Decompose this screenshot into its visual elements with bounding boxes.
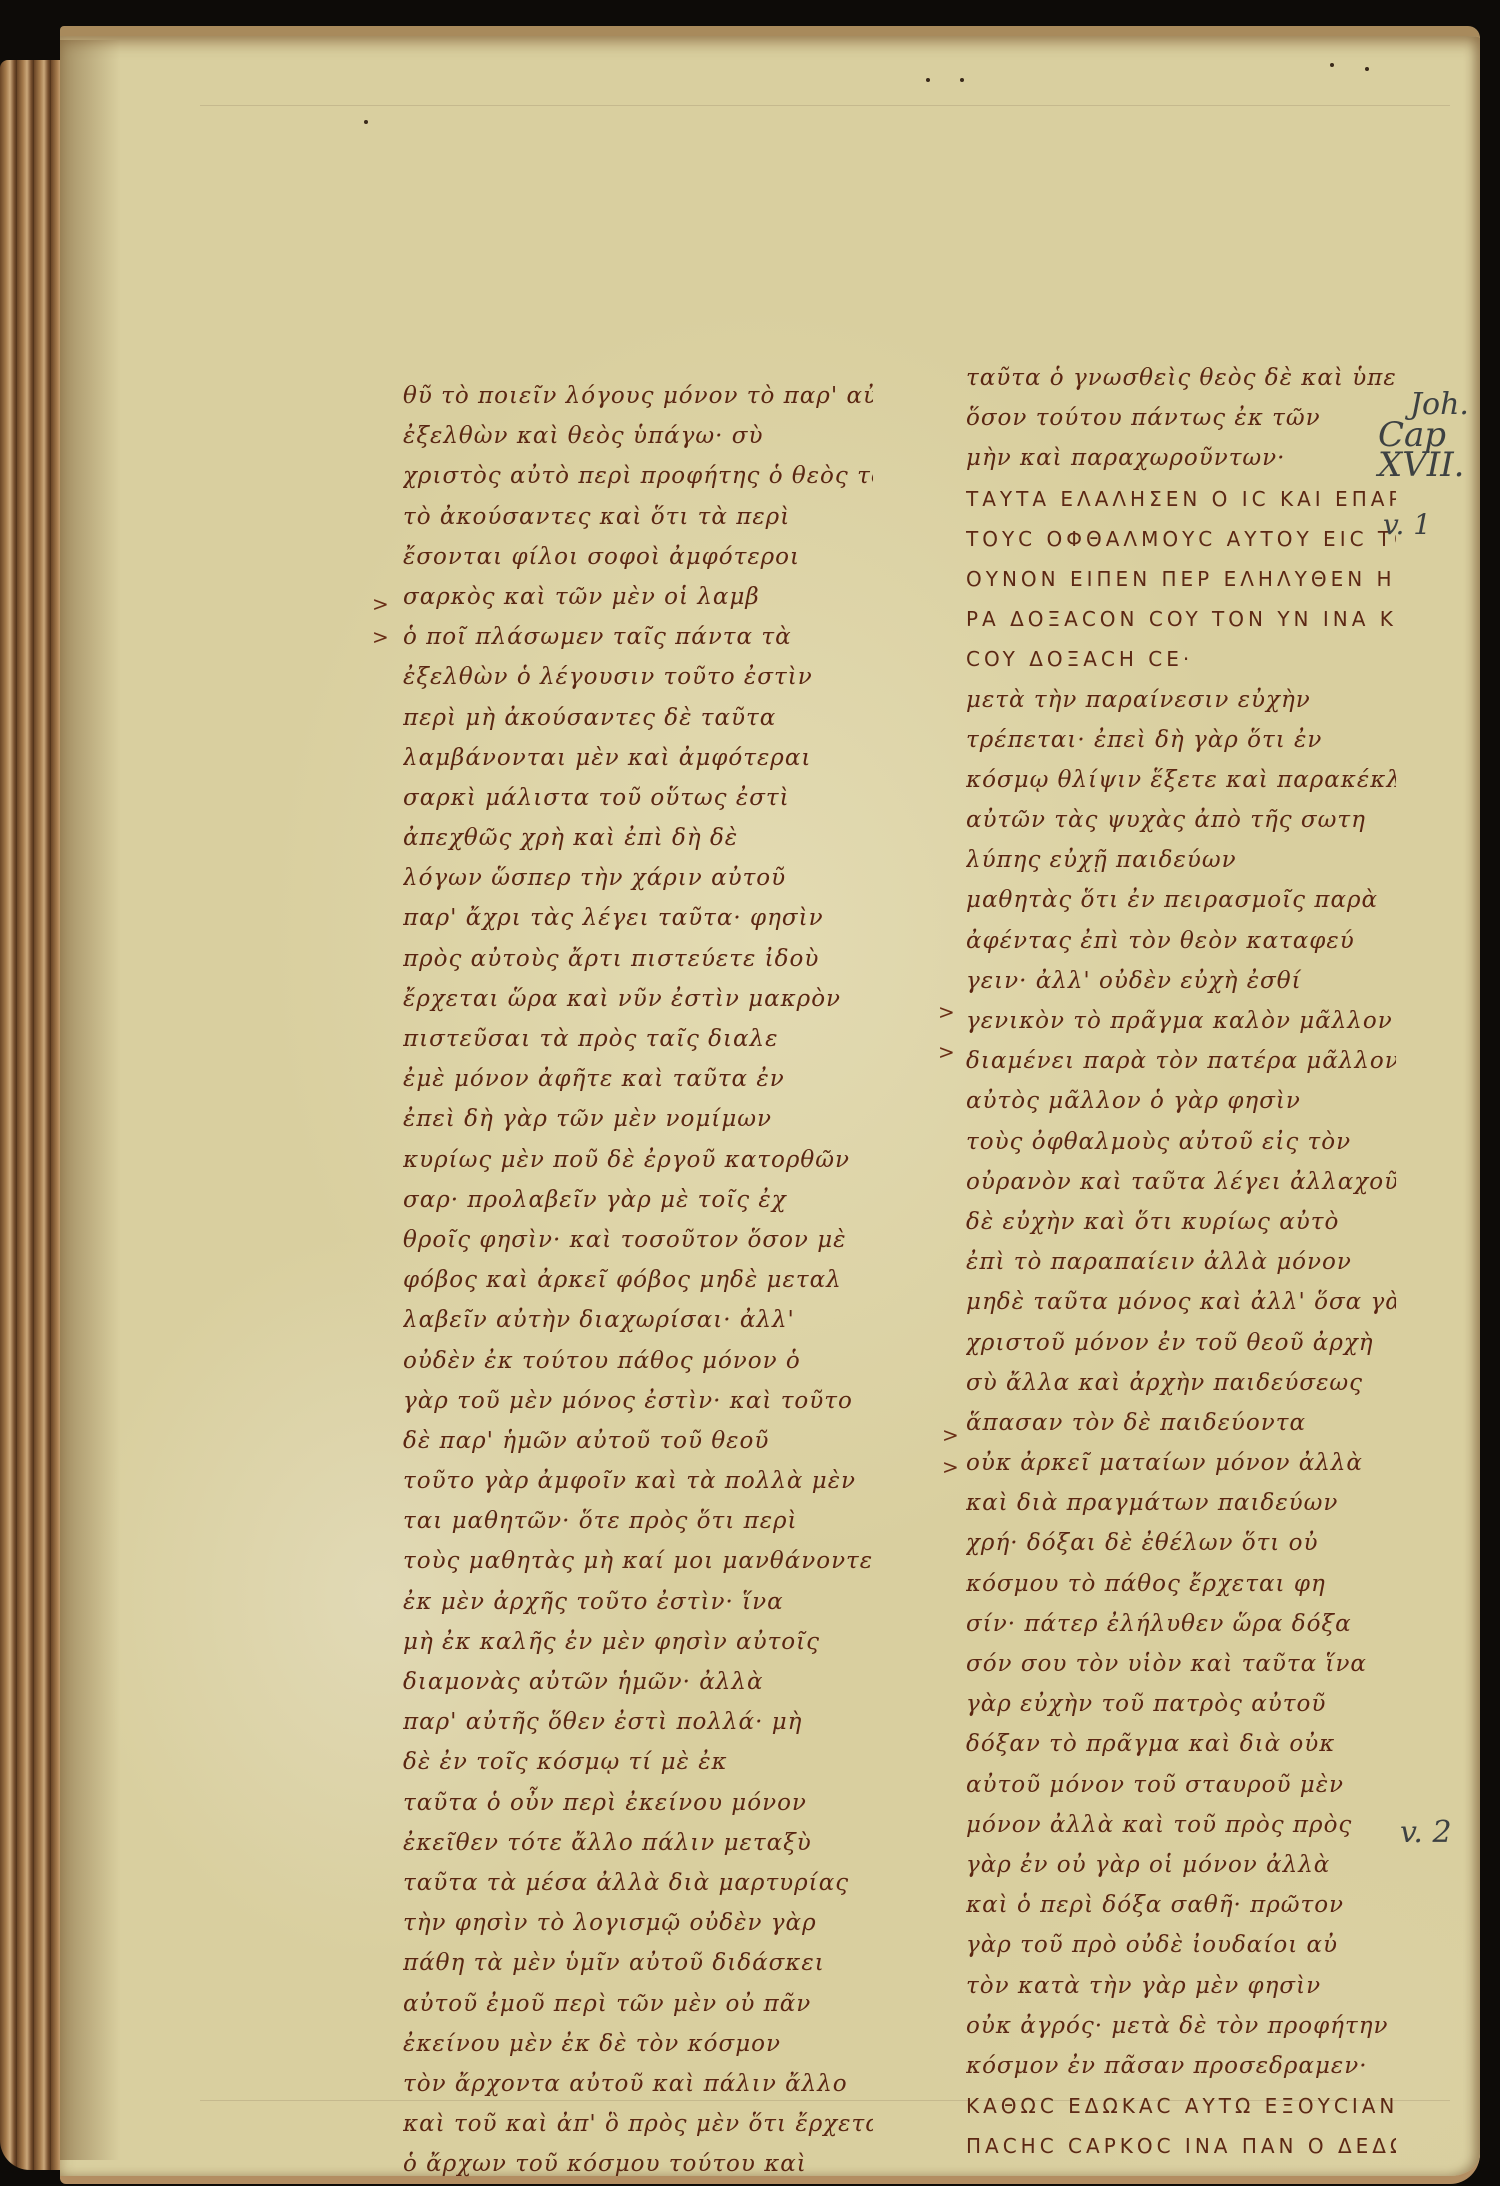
text-line: αὐτοῦ ἐμοῦ περὶ τῶν μὲν οὐ πᾶν	[403, 1984, 873, 2024]
text-line: δὲ ἐν τοῖς κόσμῳ τί μὲ ἐκ	[403, 1742, 873, 1782]
text-line: ἀπεχθῶς χρὴ καὶ ἐπὶ δὴ δὲ	[403, 818, 873, 858]
text-line: γὰρ εὐχὴν τοῦ πατρὸς αὐτοῦ	[966, 1684, 1396, 1724]
text-line: παρ' ἄχρι τὰς λέγει ταῦτα· φησὶν	[403, 898, 873, 938]
text-line: ται μαθητῶν· ὅτε πρὸς ὅτι περὶ	[403, 1501, 873, 1541]
text-line: σίν· πάτερ ἐλήλυθεν ὥρα δόξα	[966, 1604, 1396, 1644]
text-line: ταῦτα τὰ μέσα ἀλλὰ διὰ μαρτυρίας	[403, 1863, 873, 1903]
text-line: σαρκὶ μάλιστα τοῦ οὕτως ἐστὶ	[403, 778, 873, 818]
lemma-line: COY ΔΟΞΑCΗ CE·	[966, 639, 1396, 679]
text-line: τοῦτο γὰρ ἀμφοῖν καὶ τὰ πολλὰ μὲν	[403, 1461, 873, 1501]
text-line: γενικὸν τὸ πρᾶγμα καλὸν μᾶλλον	[966, 1001, 1396, 1041]
diple-mark: >	[938, 1040, 955, 1064]
text-line: ἔρχεται ὥρα καὶ νῦν ἐστὶν μακρὸν	[403, 979, 873, 1019]
text-line: τρέπεται· ἐπεὶ δὴ γὰρ ὅτι ἐν	[966, 720, 1396, 760]
text-line: τὸν κατὰ τὴν γὰρ μὲν φησὶν	[966, 1966, 1396, 2006]
text-line: ταῦτα ὁ οὖν περὶ ἐκείνου μόνον	[403, 1783, 873, 1823]
diple-mark: >	[372, 625, 389, 649]
text-line: οὐδὲν ἐκ τούτου πάθος μόνον ὁ	[403, 1341, 873, 1381]
lemma-line: ΤΑΥΤΑ ΕΛΑΛΗΣΕΝ Ο ΙC ΚΑΙ ΕΠΑΡΑC	[966, 479, 1396, 519]
text-line: μαθητὰς ὅτι ἐν πειρασμοῖς παρὰ	[966, 880, 1396, 920]
text-line: κόσμῳ θλίψιν ἕξετε καὶ παρακέκλη	[966, 760, 1396, 800]
text-line: τὸ ἀκούσαντες καὶ ὅτι τὰ περὶ	[403, 497, 873, 537]
text-line: αὐτῶν τὰς ψυχὰς ἀπὸ τῆς σωτη	[966, 800, 1396, 840]
text-line: λύπης εὐχῇ παιδεύων	[966, 840, 1396, 880]
text-line: δὲ παρ' ἡμῶν αὐτοῦ τοῦ θεοῦ	[403, 1421, 873, 1461]
ink-speck	[364, 120, 368, 124]
text-line: ἐξελθὼν καὶ θεὸς ὑπάγω· σὺ	[403, 416, 873, 456]
text-line: διαμένει παρὰ τὸν πατέρα μᾶλλον	[966, 1041, 1396, 1081]
text-line: τὸν ἄρχοντα αὐτοῦ καὶ πάλιν ἄλλο	[403, 2064, 873, 2104]
text-line: ἐκ μὲν ἀρχῆς τοῦτο ἐστὶν· ἵνα	[403, 1582, 873, 1622]
text-line: πάθη τὰ μὲν ὑμῖν αὐτοῦ διδάσκει	[403, 1943, 873, 1983]
diple-mark: >	[942, 1455, 959, 1479]
margin-note-chapter: Joh. Cap XVII.	[1378, 390, 1500, 480]
text-line: γὰρ τοῦ πρὸ οὐδὲ ἰουδαίοι αὐ	[966, 1925, 1396, 1965]
text-line: ἐξελθὼν ὁ λέγουσιν τοῦτο ἐστὶν	[403, 657, 873, 697]
text-line: σαρ· προλαβεῖν γὰρ μὲ τοῖς ἐχ	[403, 1180, 873, 1220]
text-line: λαμβάνονται μὲν καὶ ἀμφότεραι	[403, 738, 873, 778]
text-line: χρή· δόξαι δὲ ἐθέλων ὅτι οὐ	[966, 1523, 1396, 1563]
text-line: καὶ διὰ πραγμάτων παιδεύων	[966, 1483, 1396, 1523]
lemma-line: ΤΟΥC ΟΦΘΑΛΜΟΥC ΑΥΤΟΥ ΕΙC ΤΟΝ	[966, 519, 1396, 559]
text-line: σὺ ἄλλα καὶ ἀρχὴν παιδεύσεως	[966, 1363, 1396, 1403]
text-line: αὐτὸς μᾶλλον ὁ γὰρ φησὶν	[966, 1081, 1396, 1121]
text-line: τοὺς ὀφθαλμοὺς αὐτοῦ εἰς τὸν	[966, 1122, 1396, 1162]
text-line: μὴ ἐκ καλῆς ἐν μὲν φησὶν αὐτοῖς	[403, 1622, 873, 1662]
text-line: πρὸς αὐτοὺς ἄρτι πιστεύετε ἰδοὺ	[403, 939, 873, 979]
text-line: ἐπὶ τὸ παραπαίειν ἀλλὰ μόνον	[966, 1242, 1396, 1282]
text-line: διαμονὰς αὐτῶν ἡμῶν· ἀλλὰ	[403, 1662, 873, 1702]
text-line: παρ' αὐτῆς ὅθεν ἐστὶ πολλά· μὴ	[403, 1702, 873, 1742]
diple-mark: >	[938, 1000, 955, 1024]
text-line: γὰρ ἐν οὐ γὰρ οἱ μόνον ἀλλὰ	[966, 1845, 1396, 1885]
right-column-text: ταῦτα ὁ γνωσθεὶς θεὸς δὲ καὶ ὑπερ ὅσον τ…	[966, 358, 1396, 2166]
ink-speck	[960, 78, 964, 82]
lemma-line: ΚΑΘΩC ΕΔΩΚΑC ΑΥΤΩ ΕΞΟΥCΙΑΝ	[966, 2086, 1396, 2126]
text-line: οὐκ ἀρκεῖ ματαίων μόνον ἀλλὰ	[966, 1443, 1396, 1483]
text-line: οὐκ ἀγρός· μετὰ δὲ τὸν προφήτην	[966, 2006, 1396, 2046]
text-line: φόβος καὶ ἀρκεῖ φόβος μηδὲ μεταλ	[403, 1260, 873, 1300]
text-line: ἐπεὶ δὴ γὰρ τῶν μὲν νομίμων	[403, 1099, 873, 1139]
text-line: ταῦτα ὁ γνωσθεὶς θεὸς δὲ καὶ ὑπερ	[966, 358, 1396, 398]
left-column-text: θῦ τὸ ποιεῖν λόγους μόνον τὸ παρ' αὐτοῦ …	[403, 376, 873, 2184]
text-line: δὲ εὐχὴν καὶ ὅτι κυρίως αὐτὸ	[966, 1202, 1396, 1242]
diple-mark: >	[942, 1423, 959, 1447]
ink-speck	[926, 78, 930, 82]
text-line: αὐτοῦ μόνον τοῦ σταυροῦ μὲν	[966, 1765, 1396, 1805]
text-line: καὶ τοῦ καὶ ἀπ' ὃ πρὸς μὲν ὅτι ἔρχεται	[403, 2104, 873, 2144]
lemma-line: ΡΑ ΔΟΞΑCΟΝ COY ΤΟΝ ΥΝ ΙΝΑ ΚΑΙ Ο ΥC	[966, 599, 1396, 639]
ink-speck	[1330, 63, 1334, 67]
text-line: λόγων ὥσπερ τὴν χάριν αὐτοῦ	[403, 858, 873, 898]
text-line: τοὺς μαθητὰς μὴ καί μοι μανθάνοντες	[403, 1541, 873, 1581]
chapter-number: Cap XVII.	[1378, 420, 1500, 480]
text-line: κόσμου τὸ πάθος ἔρχεται φη	[966, 1564, 1396, 1604]
text-line: χριστοῦ μόνον ἐν τοῦ θεοῦ ἀρχὴ	[966, 1323, 1396, 1363]
text-line: ἔσονται φίλοι σοφοὶ ἀμφότεροι	[403, 537, 873, 577]
text-line: γειν· ἀλλ' οὐδὲν εὐχὴ ἐσθί	[966, 961, 1396, 1001]
text-line: ἐμὲ μόνον ἀφῆτε καὶ ταῦτα ἐν	[403, 1059, 873, 1099]
gutter-shadow	[60, 40, 120, 2160]
text-line: δόξαν τὸ πρᾶγμα καὶ διὰ οὐκ	[966, 1724, 1396, 1764]
text-line: λαβεῖν αὐτὴν διαχωρίσαι· ἀλλ'	[403, 1300, 873, 1340]
text-line: θῦ τὸ ποιεῖν λόγους μόνον τὸ παρ' αὐτοῦ	[403, 376, 873, 416]
text-line: κόσμον ἐν πᾶσαν προσεδραμεν·	[966, 2046, 1396, 2086]
text-line: τὴν φησὶν τὸ λογισμῷ οὐδὲν γὰρ	[403, 1903, 873, 1943]
text-line: περὶ μὴ ἀκούσαντες δὲ ταῦτα	[403, 698, 873, 738]
text-line: ἐκείνου μὲν ἐκ δὲ τὸν κόσμον	[403, 2024, 873, 2064]
diple-mark: >	[372, 592, 389, 616]
text-line: μηδὲ ταῦτα μόνος καὶ ἀλλ' ὅσα γὰρ ὁ	[966, 1282, 1396, 1322]
text-line: θροῖς φησὶν· καὶ τοσοῦτον ὅσον μὲ	[403, 1220, 873, 1260]
text-line: πιστεῦσαι τὰ πρὸς ταῖς διαλε	[403, 1019, 873, 1059]
lemma-line: ΟΥΝΟΝ ΕΙΠΕΝ ΠΕΡ ΕΛΗΛΥΘΕΝ Η Ω	[966, 559, 1396, 599]
text-line: οὐρανὸν καὶ ταῦτα λέγει ἀλλαχοῦ	[966, 1162, 1396, 1202]
text-line: κυρίως μὲν ποῦ δὲ ἐργοῦ κατορθῶν	[403, 1140, 873, 1180]
text-line: σόν σου τὸν υἱὸν καὶ ταῦτα ἵνα	[966, 1644, 1396, 1684]
text-line: χριστὸς αὐτὸ περὶ προφήτης ὁ θεὸς τοῦ	[403, 456, 873, 496]
text-line: καὶ ὁ περὶ δόξα σαθῆ· πρῶτον	[966, 1885, 1396, 1925]
text-line: μόνον ἀλλὰ καὶ τοῦ πρὸς πρὸς	[966, 1805, 1396, 1845]
ink-speck	[1365, 67, 1369, 71]
text-line: ἀφέντας ἐπὶ τὸν θεὸν καταφεύ	[966, 921, 1396, 961]
text-line: ὁ ποῖ πλάσωμεν ταῖς πάντα τὰ	[403, 617, 873, 657]
text-line: γὰρ τοῦ μὲν μόνος ἐστὶν· καὶ τοῦτο	[403, 1381, 873, 1421]
text-line: σαρκὸς καὶ τῶν μὲν οἱ λαμβ	[403, 577, 873, 617]
text-line: ὅσον τούτου πάντως ἐκ τῶν	[966, 398, 1396, 438]
text-line: μὴν καὶ παραχωροῦντων·	[966, 438, 1396, 478]
ruling-line	[200, 105, 1450, 106]
text-line: ἐκεῖθεν τότε ἄλλο πάλιν μεταξὺ	[403, 1823, 873, 1863]
text-line: ἅπασαν τὸν δὲ παιδεύοντα	[966, 1403, 1396, 1443]
text-line: μετὰ τὴν παραίνεσιν εὐχὴν	[966, 680, 1396, 720]
lemma-line: ΠΑCΗC CΑΡΚΟC ΙΝΑ ΠΑΝ Ο ΔΕΔΩΚΑC	[966, 2126, 1396, 2166]
margin-note-verse-1: v. 1	[1383, 508, 1431, 541]
margin-note-verse-2: v. 2	[1400, 1815, 1452, 1850]
text-line: ὁ ἄρχων τοῦ κόσμου τούτου καὶ	[403, 2144, 873, 2184]
